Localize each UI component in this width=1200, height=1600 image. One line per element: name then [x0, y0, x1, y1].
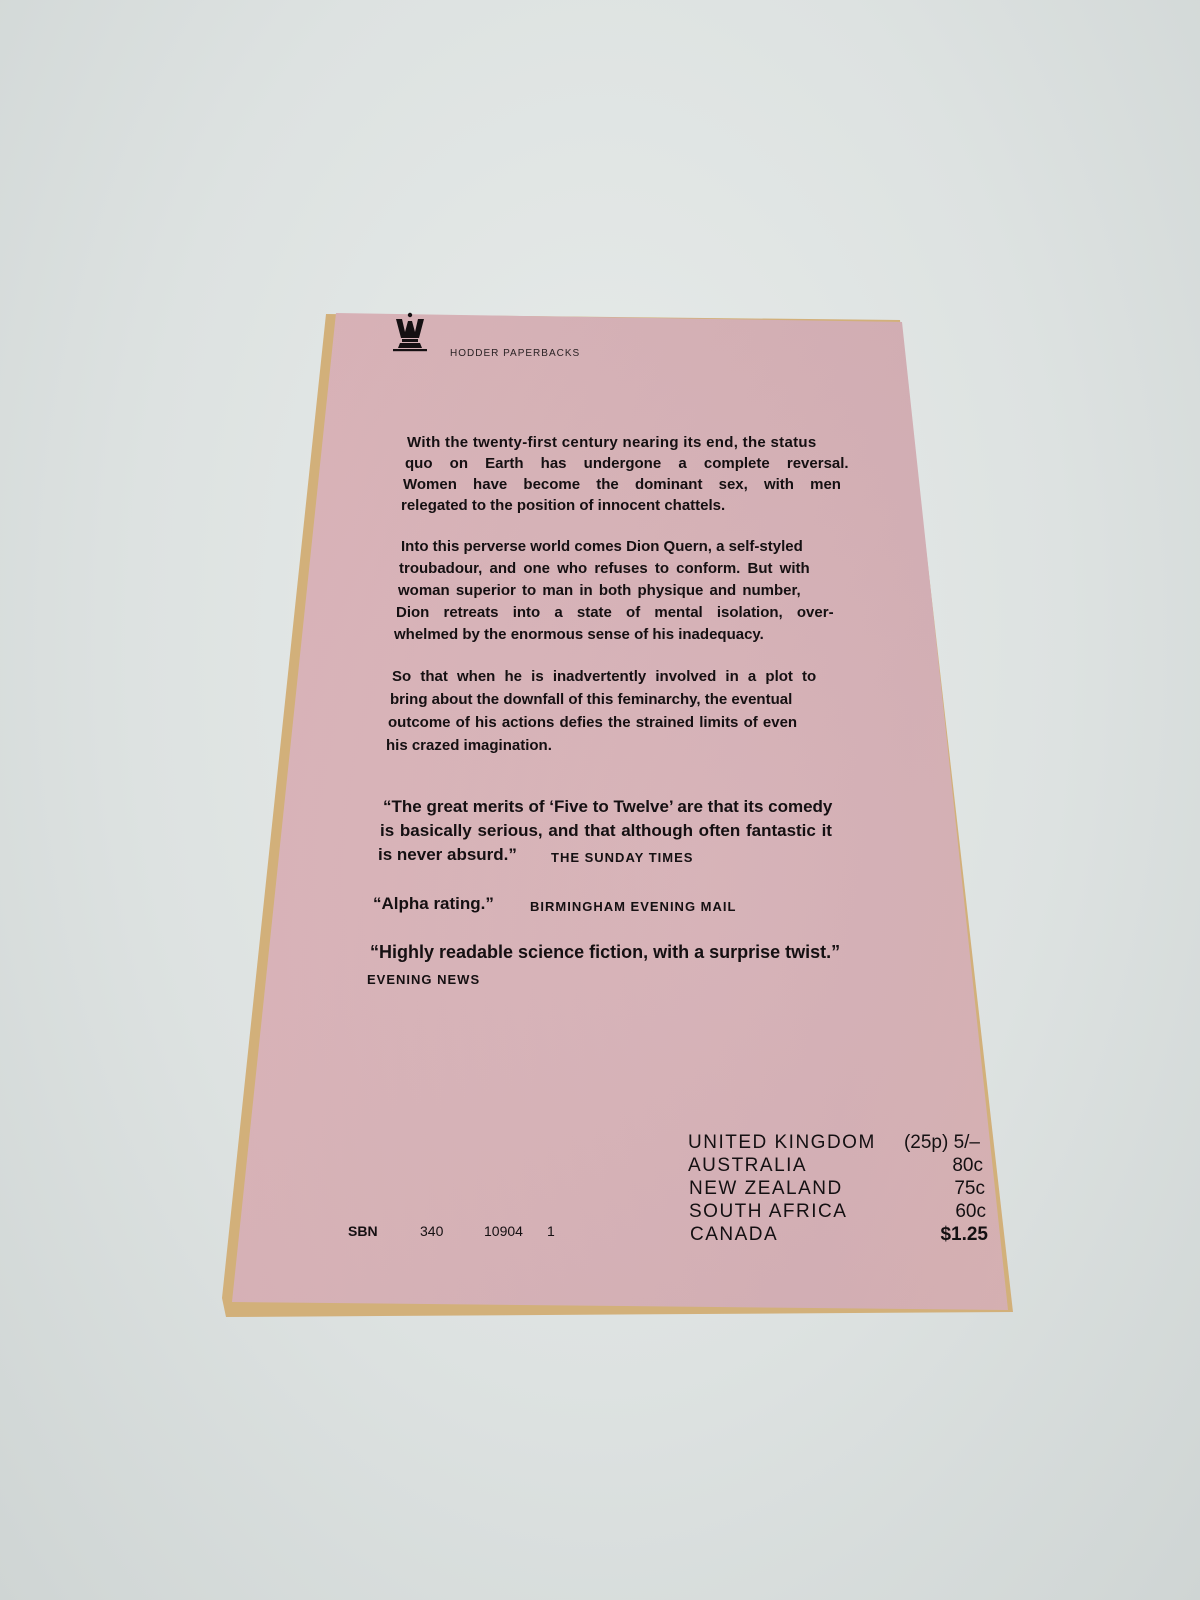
blurb-line: outcome of his actions defies the strain… [388, 714, 797, 731]
price-value: 80c [900, 1155, 983, 1177]
price-country: CANADA [690, 1224, 778, 1246]
price-value: (25p) 5/– [858, 1132, 980, 1154]
blurb-line: Women have become the dominant sex, with… [403, 476, 841, 493]
blurb-line: So that when he is inadvertently involve… [392, 668, 816, 685]
publisher-name: HODDER PAPERBACKS [450, 348, 580, 359]
sbn-group-1: 340 [420, 1223, 443, 1239]
price-value: 75c [900, 1178, 985, 1200]
blurb-line: relegated to the position of innocent ch… [401, 497, 725, 514]
price-country: UNITED KINGDOM [688, 1132, 876, 1154]
sbn-group-2: 10904 [484, 1223, 523, 1239]
blurb-line: With the twenty-first century nearing it… [407, 434, 817, 451]
blurb-line: whelmed by the enormous sense of his ina… [394, 626, 764, 643]
price-country: NEW ZEALAND [689, 1178, 843, 1200]
review-line: is basically serious, and that although … [380, 821, 832, 841]
sbn-label: SBN [348, 1223, 378, 1239]
price-value: $1.25 [900, 1224, 988, 1246]
review-line: “The great merits of ‘Five to Twelve’ ar… [383, 797, 832, 817]
review-line: “Alpha rating.” [373, 894, 494, 914]
price-value: 60c [900, 1201, 986, 1223]
blurb-line: bring about the downfall of this feminar… [390, 691, 792, 708]
review-line: “Highly readable science fiction, with a… [370, 942, 840, 963]
review-line: is never absurd.” [378, 845, 517, 865]
review-source: EVENING NEWS [367, 972, 480, 987]
blurb-line: quo on Earth has undergone a complete re… [405, 455, 849, 472]
blurb-line: troubadour, and one who refuses to confo… [399, 560, 810, 577]
blurb-line: Dion retreats into a state of mental iso… [396, 604, 834, 621]
blurb-line: his crazed imagination. [386, 737, 552, 754]
price-country: SOUTH AFRICA [689, 1201, 847, 1223]
blurb-line: woman superior to man in both physique a… [398, 582, 801, 599]
sbn-check-digit: 1 [547, 1223, 555, 1239]
review-source: BIRMINGHAM EVENING MAIL [530, 899, 736, 914]
blurb-line: Into this perverse world comes Dion Quer… [401, 538, 803, 555]
paperback-book: HODDER PAPERBACKS With the twenty-first … [0, 0, 1200, 1600]
price-country: AUSTRALIA [688, 1155, 807, 1177]
chess-king-crown-icon [392, 312, 428, 354]
review-source: THE SUNDAY TIMES [551, 850, 693, 865]
